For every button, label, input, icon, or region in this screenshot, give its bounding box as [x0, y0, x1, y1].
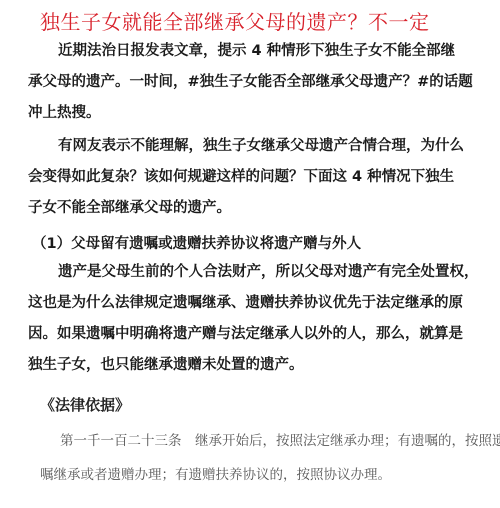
legal-basis-line: 嘱继承或者遗赠办理；有遗赠扶养协议的，按照协议办理。 [40, 458, 480, 492]
section-1-line: 这也是为什么法律规定遗嘱继承、遗赠扶养协议优先于法定继承的原 [28, 288, 460, 319]
section-1-line: 独生子女，也只能继承遗赠未处置的遗产。 [28, 350, 460, 381]
article-title: 独生子女就能全部继承父母的遗产？不一定 [40, 6, 480, 35]
section-1-line: 因。如果遗嘱中明确将遗产赠与法定继承人以外的人，那么，就算是 [28, 319, 460, 350]
section-1-body: 遗产是父母生前的个人合法财产，所以父母对遗产有完全处置权， 这也是为什么法律规定… [28, 257, 460, 381]
paragraph-1-line: 冲上热搜。 [28, 98, 460, 129]
legal-basis-line: 第一千一百二十三条 继承开始后，按照法定继承办理；有遗嘱的，按照遗 [40, 424, 480, 458]
paragraph-1-line: 近期法治日报发表文章，提示 4 种情形下独生子女不能全部继 [28, 36, 460, 67]
section-heading-1: （1）父母留有遗嘱或遗赠扶养协议将遗产赠与外人 [32, 232, 361, 253]
paragraph-2-line: 子女不能全部继承父母的遗产。 [28, 193, 460, 224]
paragraph-2-line: 会变得如此复杂？该如何规避这样的问题？下面这 4 种情况下独生 [28, 162, 460, 193]
paragraph-2-line: 有网友表示不能理解，独生子女继承父母遗产合情合理，为什么 [28, 131, 460, 162]
legal-basis-label: 《法律依据》 [40, 394, 130, 415]
paragraph-1: 近期法治日报发表文章，提示 4 种情形下独生子女不能全部继 承父母的遗产。一时间… [28, 36, 460, 129]
section-1-line: 遗产是父母生前的个人合法财产，所以父母对遗产有完全处置权， [28, 257, 460, 288]
legal-basis-text: 第一千一百二十三条 继承开始后，按照法定继承办理；有遗嘱的，按照遗 嘱继承或者遗… [40, 424, 480, 492]
paragraph-2: 有网友表示不能理解，独生子女继承父母遗产合情合理，为什么 会变得如此复杂？该如何… [28, 131, 460, 224]
paragraph-1-line: 承父母的遗产。一时间，#独生子女能否全部继承父母遗产？#的话题 [28, 67, 460, 98]
